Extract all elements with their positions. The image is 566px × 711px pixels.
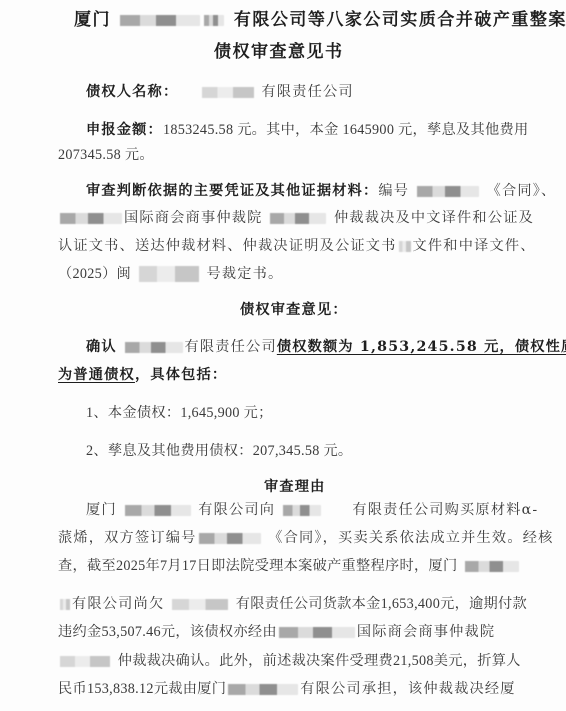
evidence-line1: 审查判断依据的主要凭证及其他证据材料：编号 《合同》、: [86, 181, 556, 201]
opinion-heading: 债权审查意见：: [240, 300, 348, 320]
reason-line5: 违约金53,507.46元，该债权亦经由国际商会商事仲裁院: [58, 622, 495, 642]
declared-amount-row: 申报金额：1853245.58 元。其中，本金 1645900 元，孳息及其他费…: [86, 120, 528, 140]
evidence-label: 审查判断依据的主要凭证及其他证据材料：: [86, 183, 378, 199]
evidence-text: 编号: [378, 183, 409, 199]
evidence-text: （2025）闽: [58, 266, 131, 282]
reason-text: 蒎烯，双方签订编号: [58, 530, 197, 546]
reason-line1: 厦门 有限公司向 有限责任公司购买原材料α-: [86, 500, 538, 520]
reason-text: 《合同》，买卖关系依法成立并生效。经核: [268, 530, 553, 546]
creditor-name-suffix: 有限责任公司: [261, 84, 353, 100]
opinion-confirm-line1: 确认 有限责任公司债权数额为 1,853,245.58 元，债权性质: [86, 337, 566, 357]
reason-text: 查，截至2025年7月17日即法院受理本案破产重整程序时，厦门: [58, 558, 457, 574]
redacted-block: [204, 15, 224, 26]
reason-text: 有限公司尚欠: [72, 596, 164, 612]
evidence-line3: 认证文书、送达仲裁材料、仲裁决证明及公证文书文件和中译文件、: [58, 236, 536, 256]
redacted-block: [60, 213, 122, 224]
confirm-tail: ，具体包括：: [135, 367, 227, 383]
redacted-block: [120, 15, 200, 26]
reason-text: 有限公司向: [198, 502, 275, 518]
reason-text: 仲裁裁决确认。此外，前述裁决案件受理费21,508美元，折算人: [118, 653, 521, 669]
evidence-line4: （2025）闽 号裁定书。: [58, 264, 283, 284]
title-prefix: 厦门: [74, 10, 111, 30]
declared-amount-row-cont: 207345.58 元。: [58, 145, 154, 165]
evidence-text: 国际商会商事仲裁院: [124, 210, 263, 226]
reason-heading: 审查理由: [264, 477, 326, 497]
reason-line4: 有限公司尚欠 有限责任公司货款本金1,653,400元，逾期付款: [58, 594, 527, 614]
evidence-line2: 国际商会商事仲裁院 仲裁裁决及中文译件和公证及: [58, 208, 534, 228]
document-page: 厦门 有限公司等八家公司实质合并破产重整案 债权审查意见书 债权人名称： 有限责…: [0, 0, 566, 711]
declared-text: 1853245.58 元。其中，本金 1645900 元，孳息及其他费用: [163, 122, 529, 138]
reason-text: 违约金53,507.46元，该债权亦经由: [58, 624, 277, 640]
confirm-prefix: 确认: [86, 339, 117, 355]
document-title-line1: 厦门 有限公司等八家公司实质合并破产重整案: [74, 10, 566, 30]
redacted-block: [228, 684, 298, 695]
reason-line7: 民币153,838.12元裁由厦门有限公司承担，该仲裁裁决经厦: [58, 679, 516, 699]
redacted-block: [270, 213, 326, 224]
creditor-name-row: 债权人名称： 有限责任公司: [86, 82, 354, 102]
reason-line2: 蒎烯，双方签订编号 《合同》，买卖关系依法成立并生效。经核: [58, 528, 553, 548]
redacted-block: [199, 533, 261, 544]
evidence-text: 文件和中译文件、: [413, 238, 536, 254]
reason-text: 民币153,838.12元裁由厦门: [58, 681, 226, 697]
reason-text: 有限公司承担，该仲裁裁决经厦: [300, 681, 515, 697]
evidence-text: 仲裁裁决及中文译件和公证及: [334, 210, 534, 226]
title-suffix: 有限公司等八家公司实质合并破产重整案: [234, 10, 566, 30]
confirmed-amount: 债权数额为 1,853,245.58 元，债权性质: [277, 339, 566, 355]
redacted-block: [60, 656, 110, 667]
confirm-company: 有限责任公司: [185, 339, 277, 355]
redacted-block: [125, 342, 183, 353]
redacted-block: [465, 561, 519, 572]
redacted-block: [399, 241, 411, 252]
reason-text: 厦门: [86, 502, 117, 518]
evidence-text: 《合同》、: [487, 183, 557, 199]
redacted-block: [172, 599, 228, 610]
redacted-block: [139, 266, 199, 282]
document-title-line2: 债权审查意见书: [214, 42, 344, 62]
redacted-block: [279, 627, 355, 638]
evidence-text: 认证文书、送达仲裁材料、仲裁决证明及公证文书: [58, 238, 397, 254]
claim-nature: 为普通债权: [58, 367, 135, 383]
reason-line6: 仲裁裁决确认。此外，前述裁决案件受理费21,508美元，折算人: [58, 651, 521, 671]
declared-label: 申报金额：: [86, 122, 163, 138]
evidence-text: 号裁定书。: [206, 266, 283, 282]
redacted-block: [60, 599, 70, 610]
creditor-label: 债权人名称：: [86, 84, 178, 100]
reason-text: 有限责任公司购买原材料α-: [352, 502, 538, 518]
reason-text: 国际商会商事仲裁院: [357, 624, 496, 640]
opinion-item-principal: 1、本金债权：1,645,900 元；: [86, 403, 273, 423]
redacted-block: [202, 87, 254, 98]
reason-text: 有限责任公司货款本金1,653,400元，逾期付款: [236, 596, 527, 612]
opinion-item-interest: 2、孳息及其他费用债权：207,345.58 元。: [86, 441, 352, 461]
reason-line3: 查，截至2025年7月17日即法院受理本案破产重整程序时，厦门: [58, 556, 521, 576]
opinion-confirm-line2: 为普通债权，具体包括：: [58, 365, 227, 385]
redacted-block: [417, 186, 479, 197]
redacted-block: [283, 505, 321, 516]
redacted-block: [125, 505, 191, 516]
